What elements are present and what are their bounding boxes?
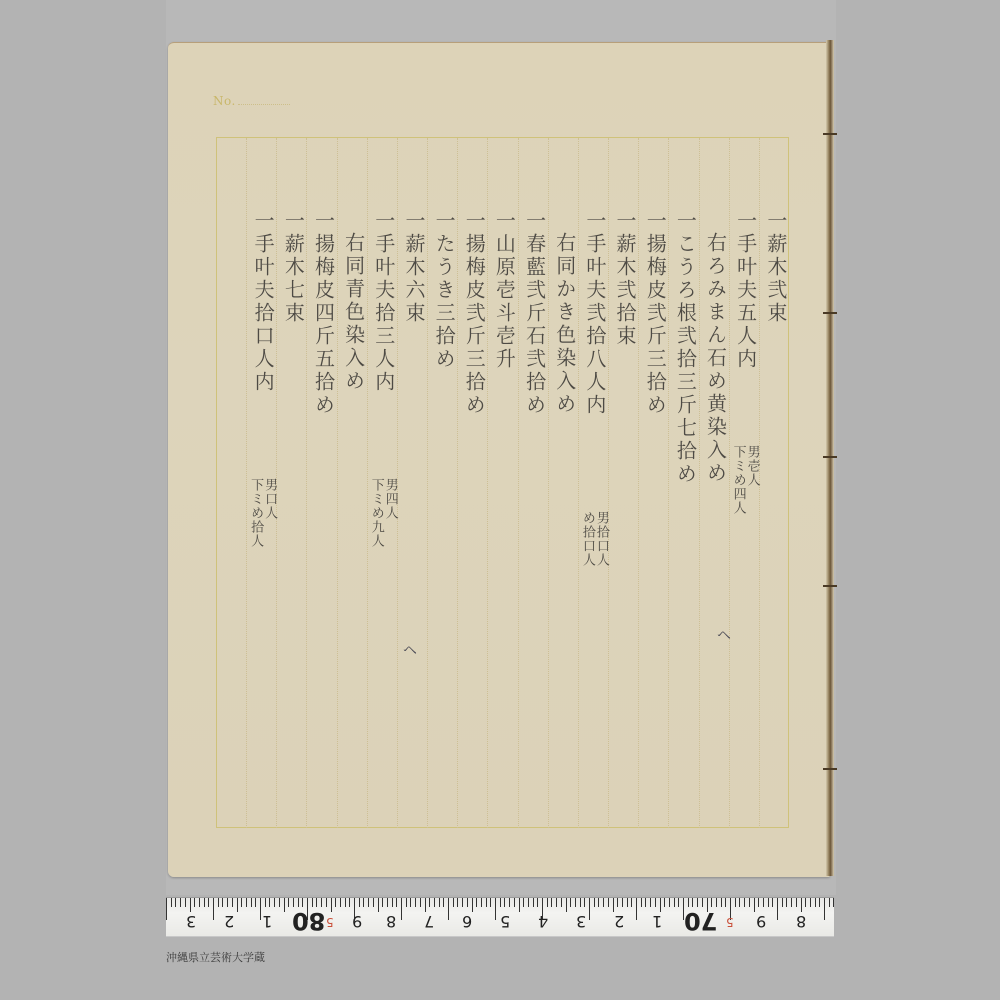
tape-tick bbox=[406, 898, 407, 907]
tape-tick bbox=[598, 898, 599, 907]
tape-tick bbox=[617, 898, 618, 907]
tape-tick bbox=[359, 898, 360, 907]
column-text: 一手叶夫弐拾八人内 bbox=[583, 210, 607, 417]
tape-tick bbox=[777, 898, 778, 920]
tape-tick bbox=[204, 898, 205, 907]
manuscript-column: 右同青色染入め bbox=[339, 232, 369, 393]
tape-tick bbox=[288, 898, 289, 907]
page-number-label: No. bbox=[213, 94, 236, 108]
tape-label: 1 bbox=[262, 912, 272, 931]
tape-tick bbox=[603, 898, 604, 907]
manuscript-column: 一山原壱斗壱升 bbox=[489, 210, 519, 371]
measuring-tape: 32180598765432170598 bbox=[166, 897, 834, 937]
tape-tick bbox=[796, 898, 797, 907]
annotation-note: 男拾口人 bbox=[594, 511, 609, 567]
caret-mark: ヘ bbox=[717, 625, 731, 645]
tape-tick bbox=[580, 898, 581, 907]
column-text: 一手叶夫五人内 bbox=[734, 210, 758, 371]
manuscript-column: 一揚梅皮弐斤三拾め bbox=[640, 210, 670, 417]
tape-tick bbox=[556, 898, 557, 907]
tape-tick bbox=[476, 898, 477, 907]
tape-tick bbox=[222, 898, 223, 907]
tape-tick bbox=[744, 898, 745, 907]
tape-tick bbox=[754, 898, 755, 912]
column-text: 一手叶夫拾三人内 bbox=[372, 210, 396, 394]
manuscript-column: 一春藍弐斤石弐拾め bbox=[520, 210, 550, 417]
tape-tick bbox=[561, 898, 562, 907]
tape-tick bbox=[448, 898, 449, 920]
tape-tick bbox=[166, 898, 167, 920]
tape-tick bbox=[326, 898, 327, 907]
tape-tick bbox=[711, 898, 712, 907]
tape-tick bbox=[650, 898, 651, 907]
tape-tick bbox=[457, 898, 458, 907]
tape-tick bbox=[622, 898, 623, 907]
tape-tick bbox=[533, 898, 534, 907]
tape-tick bbox=[392, 898, 393, 907]
tape-tick bbox=[514, 898, 515, 907]
tape-tick bbox=[660, 898, 661, 912]
column-text: 一揚梅皮弐斤三拾め bbox=[462, 210, 486, 417]
annotation-note: 男口人 bbox=[262, 478, 277, 520]
binding-stitch bbox=[823, 766, 837, 772]
tape-tick bbox=[208, 898, 209, 907]
tape-tick bbox=[575, 898, 576, 907]
tape-tick bbox=[641, 898, 642, 907]
tape-tick bbox=[472, 898, 473, 912]
tape-tick bbox=[716, 898, 717, 907]
tape-label: 9 bbox=[756, 912, 766, 931]
tape-tick bbox=[321, 898, 322, 907]
tape-tick bbox=[786, 898, 787, 907]
tape-tick bbox=[340, 898, 341, 907]
tape-tick bbox=[260, 898, 261, 920]
tape-tick bbox=[255, 898, 256, 907]
tape-tick bbox=[528, 898, 529, 907]
tape-tick bbox=[312, 898, 313, 907]
tape-tick bbox=[551, 898, 552, 907]
tape-tick bbox=[382, 898, 383, 907]
tape-tick bbox=[495, 898, 496, 920]
collection-caption: 沖縄県立芸術大学蔵 bbox=[166, 949, 265, 965]
tape-tick bbox=[462, 898, 463, 907]
tape-tick bbox=[345, 898, 346, 907]
tape-tick bbox=[570, 898, 571, 907]
annotation-note: め拾口人 bbox=[580, 511, 595, 567]
column-text: 右ろみまん石め黄染入め bbox=[704, 232, 728, 485]
tape-tick bbox=[547, 898, 548, 907]
tape-tick bbox=[664, 898, 665, 907]
tape-tick bbox=[594, 898, 595, 907]
tape-tick bbox=[749, 898, 750, 907]
tape-tick bbox=[190, 898, 191, 912]
tape-tick bbox=[378, 898, 379, 912]
manuscript-column: 一揚梅皮弐斤三拾め bbox=[459, 210, 489, 417]
tape-tick bbox=[349, 898, 350, 907]
manuscript-column: 一手叶夫拾口人内 bbox=[248, 210, 278, 394]
tape-tick bbox=[284, 898, 285, 912]
tape-tick bbox=[758, 898, 759, 907]
tape-tick bbox=[298, 898, 299, 907]
tape-tick bbox=[678, 898, 679, 907]
binding-stitch bbox=[823, 310, 837, 316]
tape-tick bbox=[439, 898, 440, 907]
tape-tick bbox=[185, 898, 186, 907]
tape-tick bbox=[199, 898, 200, 907]
tape-tick bbox=[697, 898, 698, 907]
column-text: 一薪木六束 bbox=[402, 210, 426, 325]
tape-tick bbox=[194, 898, 195, 907]
tape-tick bbox=[829, 898, 830, 907]
tape-tick bbox=[805, 898, 806, 907]
tape-tick bbox=[274, 898, 275, 907]
tape-tick bbox=[237, 898, 238, 912]
binding-stitch bbox=[823, 454, 837, 460]
tape-tick bbox=[486, 898, 487, 907]
tape-tick bbox=[692, 898, 693, 907]
tape-tick bbox=[246, 898, 247, 907]
annotation-note: 男四人 bbox=[383, 478, 398, 520]
tape-tick bbox=[302, 898, 303, 907]
manuscript-column: 一たうき三拾め bbox=[429, 210, 459, 371]
tape-label: 80 bbox=[292, 907, 325, 935]
manuscript-column: 一薪木七束 bbox=[278, 210, 308, 325]
tape-tick bbox=[265, 898, 266, 907]
tape-tick bbox=[674, 898, 675, 907]
tape-tick bbox=[175, 898, 176, 907]
tape-tick bbox=[519, 898, 520, 912]
column-text: 一春藍弐斤石弐拾め bbox=[523, 210, 547, 417]
manuscript-column: 一揚梅皮四斤五拾め bbox=[308, 210, 338, 417]
column-text: 一たうき三拾め bbox=[432, 210, 456, 371]
tape-tick bbox=[815, 898, 816, 907]
tape-tick bbox=[655, 898, 656, 907]
tape-tick bbox=[490, 898, 491, 907]
tape-tick bbox=[584, 898, 585, 907]
tape-tick bbox=[227, 898, 228, 907]
tape-tick bbox=[279, 898, 280, 907]
tape-tick bbox=[171, 898, 172, 907]
tape-label: 8 bbox=[796, 912, 806, 931]
tape-label: 70 bbox=[684, 907, 717, 935]
tape-label: 3 bbox=[576, 912, 586, 931]
column-text: 一薪木弐束 bbox=[764, 210, 788, 325]
tape-label: 5 bbox=[500, 912, 510, 931]
column-text: 一揚梅皮四斤五拾め bbox=[311, 210, 335, 417]
tape-tick bbox=[269, 898, 270, 907]
tape-tick bbox=[373, 898, 374, 907]
tape-tick bbox=[241, 898, 242, 907]
tape-tick bbox=[434, 898, 435, 907]
tape-label: 1 bbox=[652, 912, 662, 931]
tape-tick bbox=[218, 898, 219, 907]
annotation-note: 下ミめ四人 bbox=[731, 445, 746, 515]
tape-tick bbox=[401, 898, 402, 920]
tape-tick bbox=[387, 898, 388, 907]
column-text: 右同青色染入め bbox=[342, 232, 366, 393]
tape-tick bbox=[801, 898, 802, 912]
tape-tick bbox=[721, 898, 722, 907]
tape-tick bbox=[608, 898, 609, 907]
tape-tick bbox=[504, 898, 505, 907]
manuscript-column: 右ろみまん石め黄染入め bbox=[701, 232, 731, 485]
ruled-line bbox=[246, 138, 247, 828]
tape-tick bbox=[180, 898, 181, 907]
tape-tick bbox=[589, 898, 590, 920]
annotation-note: 男壱人 bbox=[745, 445, 760, 487]
binding-stitch bbox=[823, 131, 837, 137]
tape-label: 5 bbox=[326, 915, 334, 929]
caret-mark: ヘ bbox=[403, 640, 417, 660]
column-text: 一こうろ根弐拾三斤七拾め bbox=[673, 210, 697, 486]
tape-tick bbox=[669, 898, 670, 907]
tape-tick bbox=[293, 898, 294, 907]
tape-tick bbox=[702, 898, 703, 907]
manuscript-column: 一薪木弐拾束 bbox=[610, 210, 640, 348]
column-text: 一山原壱斗壱升 bbox=[492, 210, 516, 371]
tape-tick bbox=[631, 898, 632, 907]
tape-tick bbox=[420, 898, 421, 907]
tape-label: 2 bbox=[224, 912, 234, 931]
tape-tick bbox=[467, 898, 468, 907]
tape-tick bbox=[645, 898, 646, 907]
tape-tick bbox=[627, 898, 628, 907]
tape-label: 2 bbox=[614, 912, 624, 931]
tape-tick bbox=[443, 898, 444, 907]
tape-tick bbox=[213, 898, 214, 920]
tape-tick bbox=[335, 898, 336, 907]
tape-tick bbox=[725, 898, 726, 907]
manuscript-column: 一手叶夫弐拾八人内 bbox=[580, 210, 610, 417]
tape-label: 5 bbox=[726, 915, 734, 929]
column-text: 一薪木弐拾束 bbox=[613, 210, 637, 348]
tape-tick bbox=[613, 898, 614, 912]
column-text: 一手叶夫拾口人内 bbox=[251, 210, 275, 394]
tape-tick bbox=[481, 898, 482, 907]
manuscript-column: 一薪木六束 bbox=[399, 210, 429, 325]
tape-tick bbox=[763, 898, 764, 907]
tape-tick bbox=[415, 898, 416, 907]
column-text: 一揚梅皮弐斤三拾め bbox=[643, 210, 667, 417]
manuscript-column: 右同かき色染入め bbox=[550, 232, 580, 416]
tape-label: 3 bbox=[186, 912, 196, 931]
tape-tick bbox=[735, 898, 736, 907]
tape-tick bbox=[566, 898, 567, 912]
column-text: 一薪木七束 bbox=[281, 210, 305, 325]
tape-tick bbox=[739, 898, 740, 907]
tape-tick bbox=[523, 898, 524, 907]
tape-tick bbox=[429, 898, 430, 907]
tape-tick bbox=[509, 898, 510, 907]
tape-tick bbox=[251, 898, 252, 907]
annotation-note: 下ミめ拾人 bbox=[248, 478, 263, 548]
tape-tick bbox=[782, 898, 783, 907]
tape-label: 4 bbox=[538, 912, 548, 931]
tape-tick bbox=[824, 898, 825, 920]
tape-tick bbox=[363, 898, 364, 907]
tape-label: 8 bbox=[386, 912, 396, 931]
tape-label: 6 bbox=[462, 912, 472, 931]
tape-tick bbox=[768, 898, 769, 907]
tape-tick bbox=[316, 898, 317, 907]
tape-tick bbox=[500, 898, 501, 907]
tape-tick bbox=[819, 898, 820, 907]
binding-stitch bbox=[823, 583, 837, 589]
manuscript-column: 一手叶夫五人内 bbox=[731, 210, 761, 371]
tape-tick bbox=[791, 898, 792, 907]
tape-tick bbox=[810, 898, 811, 907]
tape-tick bbox=[410, 898, 411, 907]
tape-tick bbox=[833, 898, 834, 907]
tape-tick bbox=[453, 898, 454, 907]
manuscript-column: 一こうろ根弐拾三斤七拾め bbox=[670, 210, 700, 486]
tape-tick bbox=[331, 898, 332, 912]
column-text: 右同かき色染入め bbox=[553, 232, 577, 416]
manuscript-column: 一手叶夫拾三人内 bbox=[369, 210, 399, 394]
tape-tick bbox=[232, 898, 233, 907]
tape-label: 7 bbox=[424, 912, 434, 931]
tape-label: 9 bbox=[352, 912, 362, 931]
tape-tick bbox=[772, 898, 773, 907]
tape-tick bbox=[396, 898, 397, 907]
manuscript-column: 一薪木弐束 bbox=[761, 210, 791, 325]
tape-tick bbox=[636, 898, 637, 920]
tape-tick bbox=[688, 898, 689, 907]
page-number-blank bbox=[238, 104, 290, 105]
tape-tick bbox=[368, 898, 369, 907]
tape-tick bbox=[537, 898, 538, 907]
annotation-note: 下ミめ九人 bbox=[369, 478, 384, 548]
tape-tick bbox=[425, 898, 426, 912]
